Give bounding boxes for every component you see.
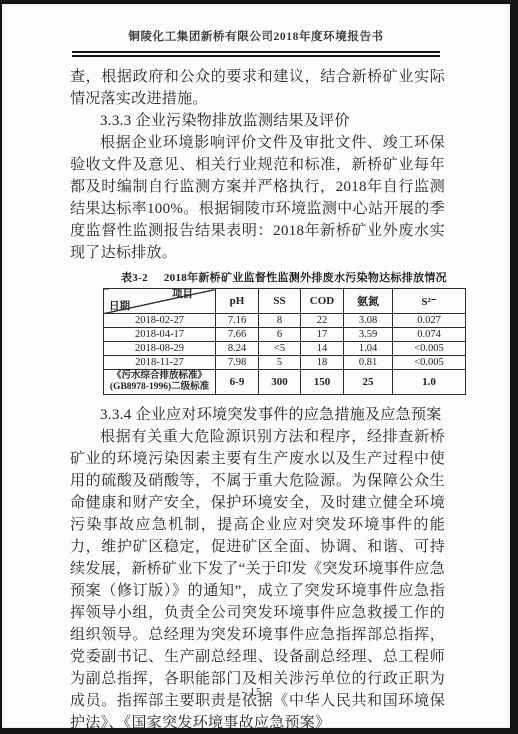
value-cell: 22 xyxy=(301,314,344,328)
report-header-title: 铜陵化工集团新桥有限公司2018年度环境报告书 xyxy=(2,4,510,44)
standard-label-line2: (GB8978-1996)二级标准 xyxy=(104,382,215,393)
value-cell: 18 xyxy=(301,356,344,370)
value-cell: 0.074 xyxy=(393,328,466,342)
section-333-paragraph: 根据企业环境影响评价文件及审批文件、竣工环保验收文件及意见、相关行业规范和标准，… xyxy=(70,132,445,264)
value-cell: 1.04 xyxy=(344,342,393,356)
monitoring-table-block: 表3-2 2018年新桥矿业监督性监测外排废水污染物达标排放情况 项目 日期 p… xyxy=(103,269,465,395)
standard-label-cell: 《污水综合排放标准》 (GB8978-1996)二级标准 xyxy=(104,370,216,395)
date-cell: 2018-11-27 xyxy=(104,356,216,370)
value-cell: 7.66 xyxy=(216,328,259,342)
value-cell: 7.98 xyxy=(216,356,259,370)
value-cell: 7.16 xyxy=(216,314,259,328)
page-number: - 15 - xyxy=(2,687,510,698)
header-double-rule xyxy=(72,51,440,57)
value-cell: 8.24 xyxy=(216,342,259,356)
table-row: 2018-02-27 7.16 8 22 3.08 0.027 xyxy=(104,314,466,328)
value-cell: 6 xyxy=(259,328,301,342)
body-content-bottom: 3.3.4 企业应对环境突发事件的应急措施及应急预案 根据有关重大危险源识别方法… xyxy=(70,404,445,734)
table-row: 2018-11-27 7.98 5 18 0.81 <0.005 xyxy=(104,356,466,370)
standard-value-cell: 25 xyxy=(344,370,393,395)
table-caption-title: 2018年新桥矿业监督性监测外排废水污染物达标排放情况 xyxy=(164,269,447,285)
corner-label-date: 日期 xyxy=(109,301,130,313)
value-cell: 8 xyxy=(259,314,301,328)
standard-value-cell: 1.0 xyxy=(393,370,466,395)
col-header-nh3: 氨氮 xyxy=(344,289,393,314)
standard-limit-row: 《污水综合排放标准》 (GB8978-1996)二级标准 6-9 300 150… xyxy=(104,370,466,395)
standard-label-line1: 《污水综合排放标准》 xyxy=(104,371,215,382)
corner-label-item: 项目 xyxy=(172,289,193,301)
value-cell: 14 xyxy=(301,342,344,356)
date-cell: 2018-02-27 xyxy=(104,314,216,328)
date-cell: 2018-08-29 xyxy=(104,342,216,356)
value-cell: <0.005 xyxy=(393,342,466,356)
table-caption: 表3-2 2018年新桥矿业监督性监测外排废水污染物达标排放情况 xyxy=(103,269,465,285)
value-cell: <5 xyxy=(259,342,301,356)
col-header-ph: pH xyxy=(216,289,259,314)
col-header-sulfide: S²⁻ xyxy=(393,289,466,314)
value-cell: 0.027 xyxy=(393,314,466,328)
table-header-row: 项目 日期 pH SS COD 氨氮 S²⁻ xyxy=(104,289,466,314)
table-row: 2018-04-17 7.66 6 17 3.59 0.074 xyxy=(104,328,466,342)
value-cell: 3.08 xyxy=(344,314,393,328)
date-cell: 2018-04-17 xyxy=(104,328,216,342)
body-content-top: 查，根据政府和公众的要求和建议，结合新桥矿业实际情况落实改进措施。 3.3.3 … xyxy=(70,66,445,264)
col-header-ss: SS xyxy=(259,289,301,314)
table-row: 2018-08-29 8.24 <5 14 1.04 <0.005 xyxy=(104,342,466,356)
value-cell: 3.59 xyxy=(344,328,393,342)
paragraph-carryover: 查，根据政府和公众的要求和建议，结合新桥矿业实际情况落实改进措施。 xyxy=(70,66,445,110)
value-cell: 5 xyxy=(259,356,301,370)
standard-value-cell: 6-9 xyxy=(216,370,259,395)
section-333-heading: 3.3.3 企业污染物排放监测结果及评价 xyxy=(70,110,445,132)
section-334-heading: 3.3.4 企业应对环境突发事件的应急措施及应急预案 xyxy=(70,404,445,426)
corner-header-cell: 项目 日期 xyxy=(104,289,216,314)
col-header-cod: COD xyxy=(301,289,344,314)
standard-value-cell: 150 xyxy=(301,370,344,395)
standard-value-cell: 300 xyxy=(259,370,301,395)
value-cell: 17 xyxy=(301,328,344,342)
table-caption-label: 表3-2 xyxy=(121,269,148,285)
value-cell: <0.005 xyxy=(393,356,466,370)
value-cell: 0.81 xyxy=(344,356,393,370)
document-page: 铜陵化工集团新桥有限公司2018年度环境报告书 查，根据政府和公众的要求和建议，… xyxy=(2,4,510,728)
wastewater-monitoring-table: 项目 日期 pH SS COD 氨氮 S²⁻ 2018-02-27 7.16 8… xyxy=(103,288,466,395)
